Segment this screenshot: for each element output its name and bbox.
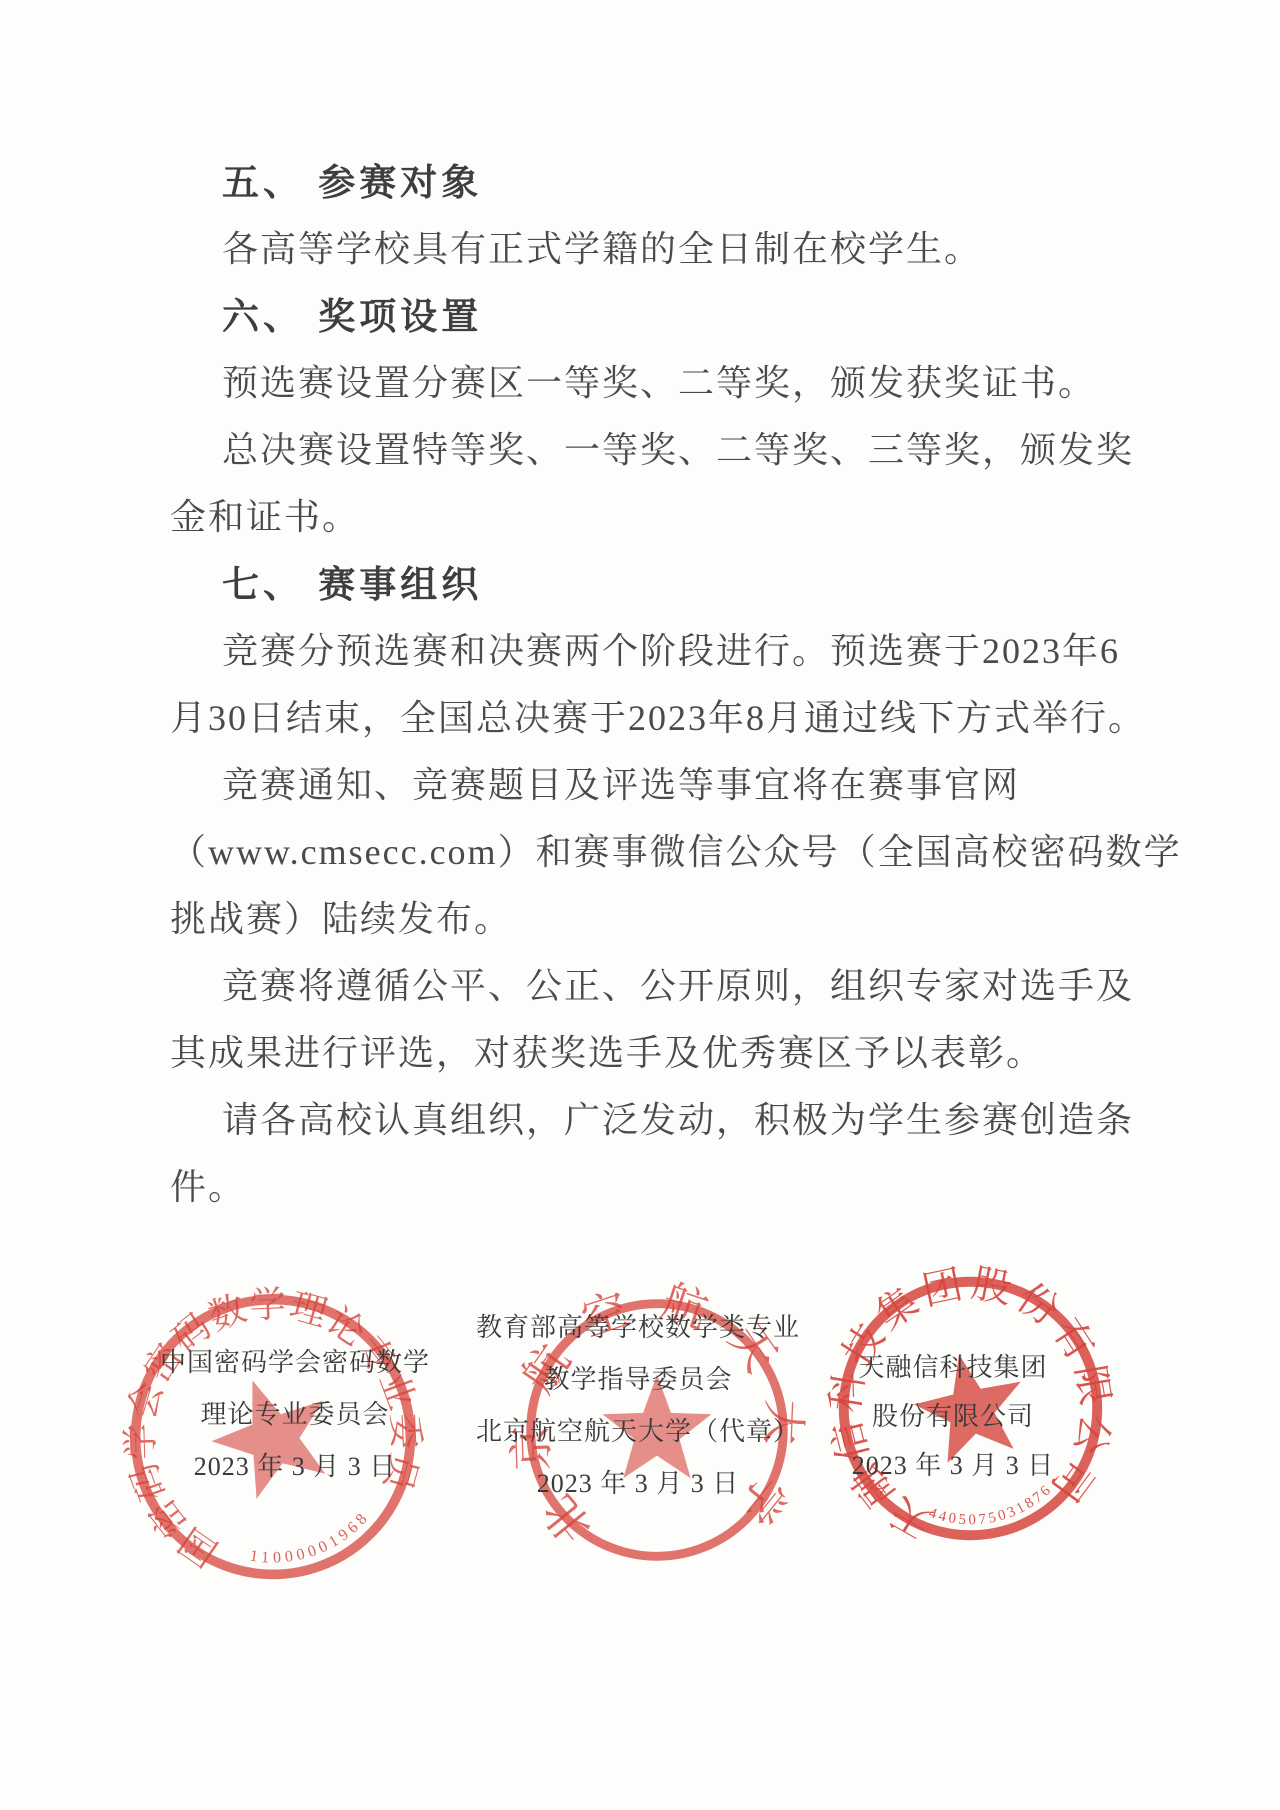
paragraph-line: 预选赛设置分赛区一等奖、二等奖，颁发获奖证书。: [170, 350, 1130, 417]
paragraph-line: 竞赛分预选赛和决赛两个阶段进行。预选赛于2023年6: [170, 618, 1130, 685]
paragraph-line: 挑战赛）陆续发布。: [170, 886, 1130, 953]
paragraph-line: 其成果进行评选，对获奖选手及优秀赛区予以表彰。: [170, 1020, 1130, 1087]
section-7-heading: 七、 赛事组织: [170, 551, 1130, 618]
signature-org-line: 理论专业委员会: [160, 1389, 430, 1441]
document-body: 五、 参赛对象 各高等学校具有正式学籍的全日制在校学生。 六、 奖项设置 预选赛…: [170, 149, 1130, 1221]
signature-date: 2023 年 3 月 3 日: [852, 1441, 1055, 1490]
signature-org-line: 教学指导委员会: [476, 1354, 800, 1406]
paragraph-line: 请各高校认真组织，广泛发动，积极为学生参赛创造条: [170, 1087, 1130, 1154]
paragraph-line: 总决赛设置特等奖、一等奖、二等奖、三等奖，颁发奖: [170, 417, 1130, 484]
section-6-heading: 六、 奖项设置: [170, 283, 1130, 350]
signature-org-line: 教育部高等学校数学类专业: [476, 1302, 800, 1354]
section-5-heading: 五、 参赛对象: [170, 149, 1130, 216]
signature-org-line: 中国密码学会密码数学: [160, 1337, 430, 1389]
signature-block-buaa: 教育部高等学校数学类专业 教学指导委员会 北京航空航天大学（代章） 2023 年…: [476, 1302, 800, 1510]
signature-date: 2023 年 3 月 3 日: [476, 1458, 800, 1510]
paragraph-line: 件。: [170, 1154, 1130, 1221]
paragraph-line: 各高等学校具有正式学籍的全日制在校学生。: [170, 216, 1130, 283]
signature-date: 2023 年 3 月 3 日: [160, 1441, 430, 1493]
signature-org-line: 股份有限公司: [852, 1392, 1055, 1441]
paragraph-line: （www.cmsecc.com）和赛事微信公众号（全国高校密码数学: [170, 819, 1130, 886]
paragraph-line: 金和证书。: [170, 484, 1130, 551]
signature-org-line: 北京航空航天大学（代章）: [476, 1406, 800, 1458]
signature-org-line: 天融信科技集团: [852, 1343, 1055, 1392]
paragraph-line: 竞赛将遵循公平、公正、公开原则，组织专家对选手及: [170, 953, 1130, 1020]
signature-block-topsec: 天融信科技集团 股份有限公司 2023 年 3 月 3 日: [852, 1343, 1055, 1490]
paragraph-line: 竞赛通知、竞赛题目及评选等事宜将在赛事官网: [170, 752, 1130, 819]
document-page: 五、 参赛对象 各高等学校具有正式学籍的全日制在校学生。 六、 奖项设置 预选赛…: [0, 0, 1280, 1810]
signature-block-cacr: 中国密码学会密码数学 理论专业委员会 2023 年 3 月 3 日: [160, 1337, 430, 1493]
paragraph-line: 月30日结束，全国总决赛于2023年8月通过线下方式举行。: [170, 685, 1130, 752]
